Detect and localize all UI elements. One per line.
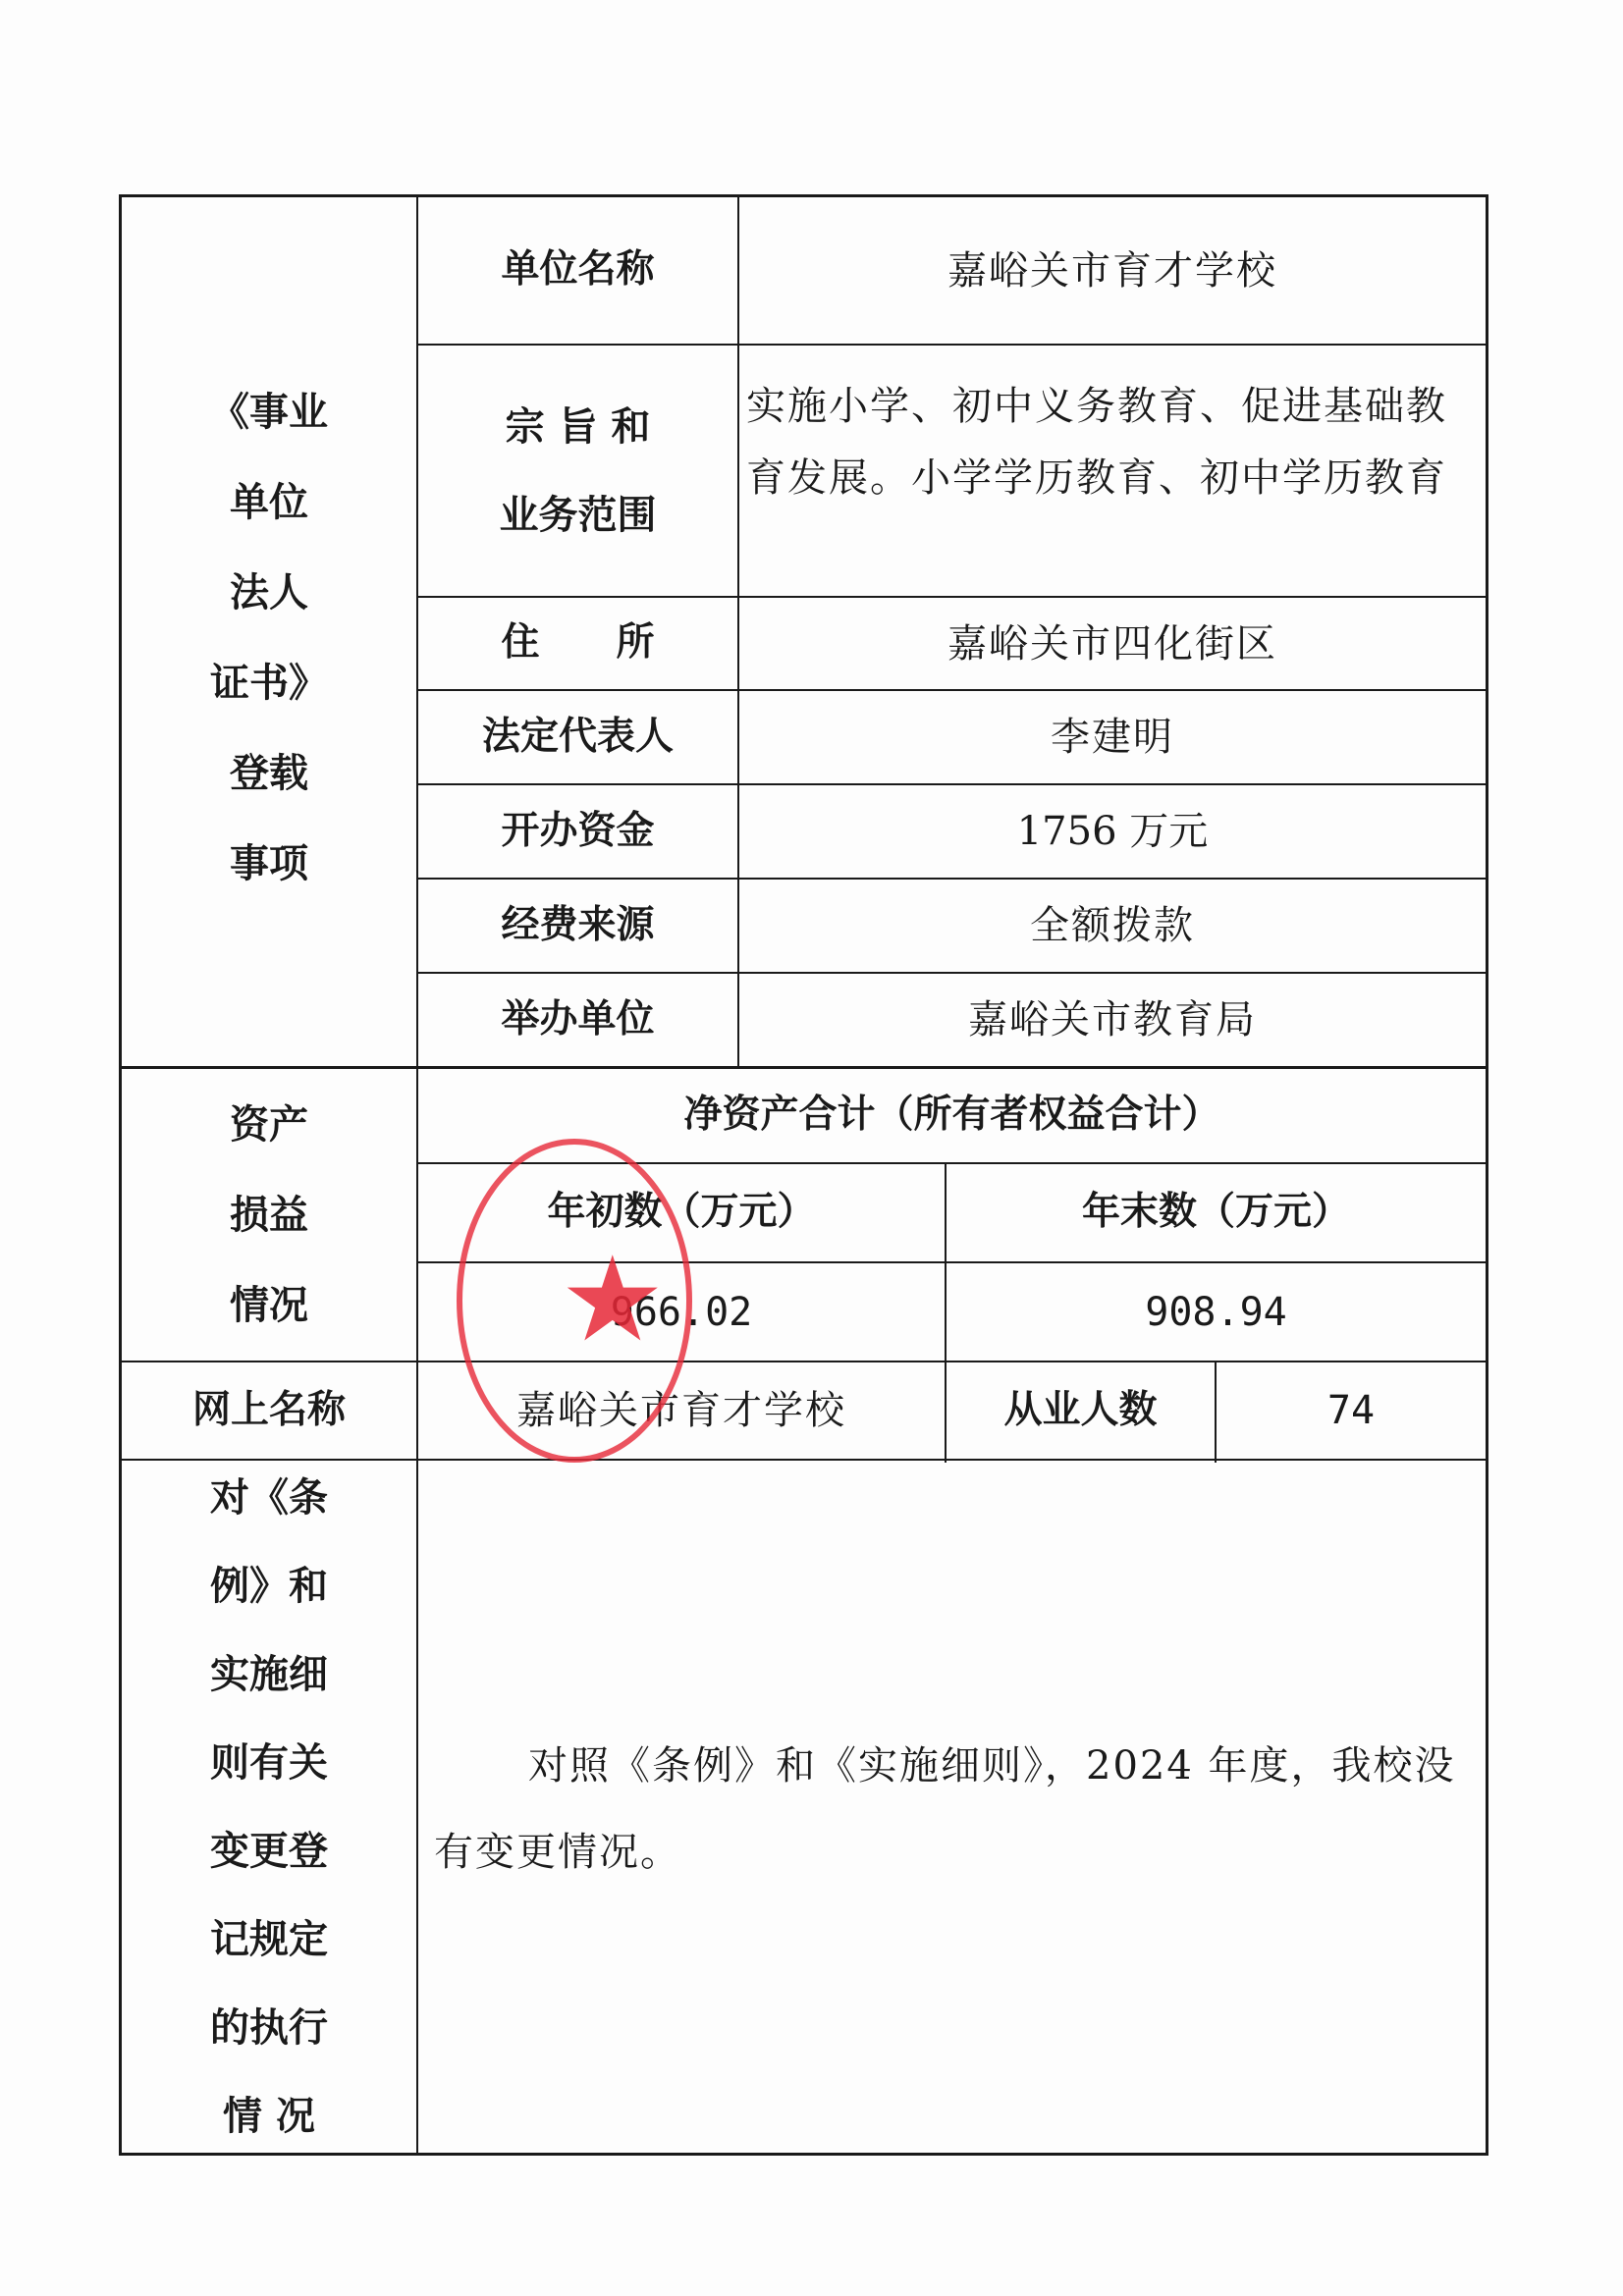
online-name-value: 嘉峪关市育才学校 <box>418 1362 945 1459</box>
unit-name-value: 嘉峪关市育才学校 <box>739 197 1486 344</box>
sponsor-value: 嘉峪关市教育局 <box>739 974 1486 1066</box>
compliance-text: 对照《条例》和《实施细则》，2024 年度，我校没有变更情况。 <box>434 1723 1475 1896</box>
assets-section-label: 资产 损益 情况 <box>122 1069 416 1361</box>
label-line: 法人 <box>230 548 308 638</box>
staff-count-label: 从业人数 <box>947 1362 1215 1459</box>
label-line: 宗 旨 和 <box>506 383 651 471</box>
label-line: 《事业 <box>210 367 328 457</box>
label-line: 证书》 <box>210 638 328 728</box>
address-value: 嘉峪关市四化街区 <box>739 598 1486 689</box>
label-line: 的执行 <box>210 1984 328 2072</box>
unit-name-label: 单位名称 <box>418 197 737 344</box>
year-start-label: 年初数（万元） <box>418 1164 945 1261</box>
year-start-value: 966.02 <box>418 1263 945 1361</box>
capital-value: 1756 万元 <box>739 785 1486 878</box>
year-end-label: 年末数（万元） <box>947 1164 1486 1261</box>
label-line: 业务范围 <box>500 471 657 560</box>
registration-section-label: 《事业 单位 法人 证书》 登载 事项 <box>122 373 416 903</box>
label-line: 单位 <box>230 457 308 548</box>
label-line: 变更登 <box>210 1807 328 1896</box>
compliance-section-label: 对《条 例》和 实施细 则有关 变更登 记规定 的执行 情 况 <box>122 1461 416 2153</box>
funding-source-label: 经费来源 <box>418 880 737 972</box>
purpose-label: 宗 旨 和 业务范围 <box>418 346 737 596</box>
label-line: 损益 <box>230 1170 308 1260</box>
legal-representative-value: 李建明 <box>739 691 1486 783</box>
year-end-value: 908.94 <box>947 1263 1486 1361</box>
label-line: 对《条 <box>210 1454 328 1542</box>
label-line: 情况 <box>230 1260 308 1351</box>
legal-representative-label: 法定代表人 <box>418 691 737 783</box>
funding-source-value: 全额拨款 <box>739 880 1486 972</box>
label-line: 事项 <box>230 819 308 909</box>
label-line: 情 况 <box>223 2072 315 2161</box>
address-label: 住 所 <box>418 598 737 689</box>
label-line: 实施细 <box>210 1630 328 1719</box>
label-line: 资产 <box>230 1080 308 1170</box>
online-name-label: 网上名称 <box>122 1362 416 1459</box>
net-assets-header: 净资产合计（所有者权益合计） <box>418 1069 1486 1162</box>
annual-report-page: 《事业 单位 法人 证书》 登载 事项 单位名称 嘉峪关市育才学校 宗 旨 和 … <box>0 0 1623 2296</box>
label-line: 登载 <box>230 728 308 819</box>
sponsor-label: 举办单位 <box>418 974 737 1066</box>
purpose-value: 实施小学、初中义务教育、促进基础教育发展。小学学历教育、初中学历教育 <box>746 371 1473 514</box>
staff-count-value: 74 <box>1217 1362 1486 1459</box>
label-line: 记规定 <box>210 1896 328 1984</box>
capital-label: 开办资金 <box>418 785 737 878</box>
label-line: 则有关 <box>210 1719 328 1807</box>
label-line: 例》和 <box>210 1542 328 1630</box>
